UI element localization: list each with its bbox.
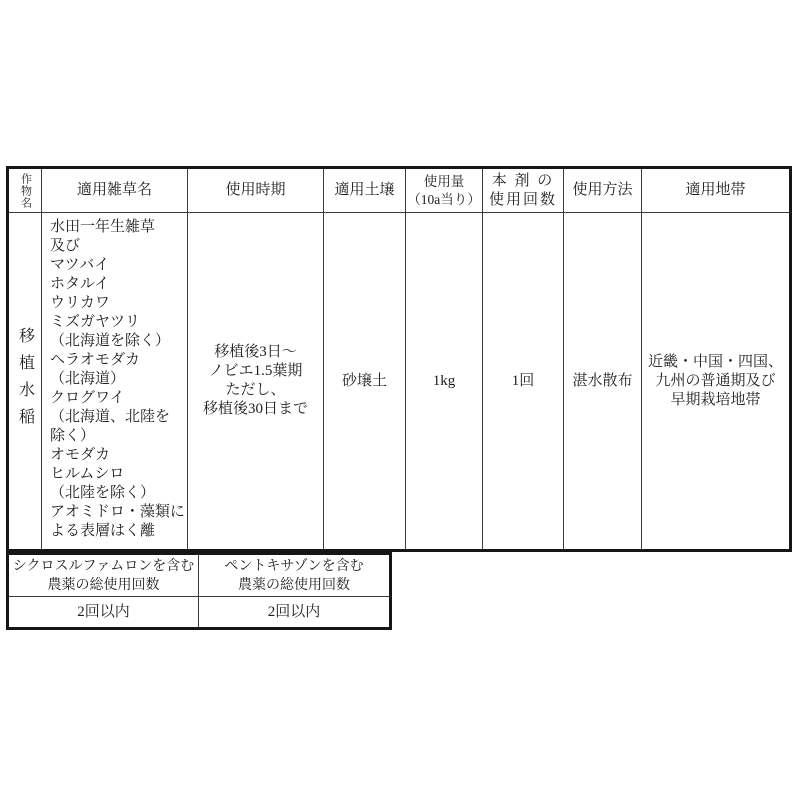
cell-applicable-soil: 砂壌土 — [324, 213, 406, 549]
subvalue-pentoxazone: 2回以内 — [199, 597, 389, 627]
cell-applicable-region: 近畿・中国・四国、 九州の普通期及び 早期栽培地帯 — [642, 213, 789, 549]
header-applicable-weeds: 適用雑草名 — [42, 169, 188, 213]
header-applicable-region: 適用地帯 — [642, 169, 789, 213]
cell-crop-name: 移植水稲 — [9, 213, 42, 549]
subheader-pentoxazone: ペントキサゾンを含む 農薬の総使用回数 — [199, 555, 389, 597]
cell-usage-amount: 1kg — [406, 213, 483, 549]
page: 作物名 適用雑草名 使用時期 適用土壌 使用量 （10a当り） 本 剤 の 使用… — [0, 0, 800, 800]
header-usage-amount: 使用量 （10a当り） — [406, 169, 483, 213]
header-applicable-soil: 適用土壌 — [324, 169, 406, 213]
pesticide-application-table: 作物名 適用雑草名 使用時期 適用土壌 使用量 （10a当り） 本 剤 の 使用… — [6, 166, 792, 552]
cell-usage-method: 湛水散布 — [564, 213, 642, 549]
crop-name-text: 移植水稲 — [16, 327, 35, 435]
header-usage-period: 使用時期 — [188, 169, 324, 213]
subheader-cyclosulfamuron: シクロスルファムロンを含む 農薬の総使用回数 — [9, 555, 199, 597]
header-application-count: 本 剤 の 使用回数 — [483, 169, 564, 213]
header-crop-name: 作物名 — [9, 169, 42, 213]
cell-usage-period: 移植後3日～ ノビエ1.5葉期 ただし、 移植後30日まで — [188, 213, 324, 549]
cell-application-count: 1回 — [483, 213, 564, 549]
header-usage-method: 使用方法 — [564, 169, 642, 213]
subvalue-cyclosulfamuron: 2回以内 — [9, 597, 199, 627]
total-use-count-table: シクロスルファムロンを含む 農薬の総使用回数 ペントキサゾンを含む 農薬の総使用… — [6, 552, 392, 630]
header-crop-name-label: 作物名 — [20, 173, 31, 209]
cell-applicable-weeds: 水田一年生雑草 及び マツバイ ホタルイ ウリカワ ミズガヤツリ （北海道を除く… — [42, 213, 188, 549]
